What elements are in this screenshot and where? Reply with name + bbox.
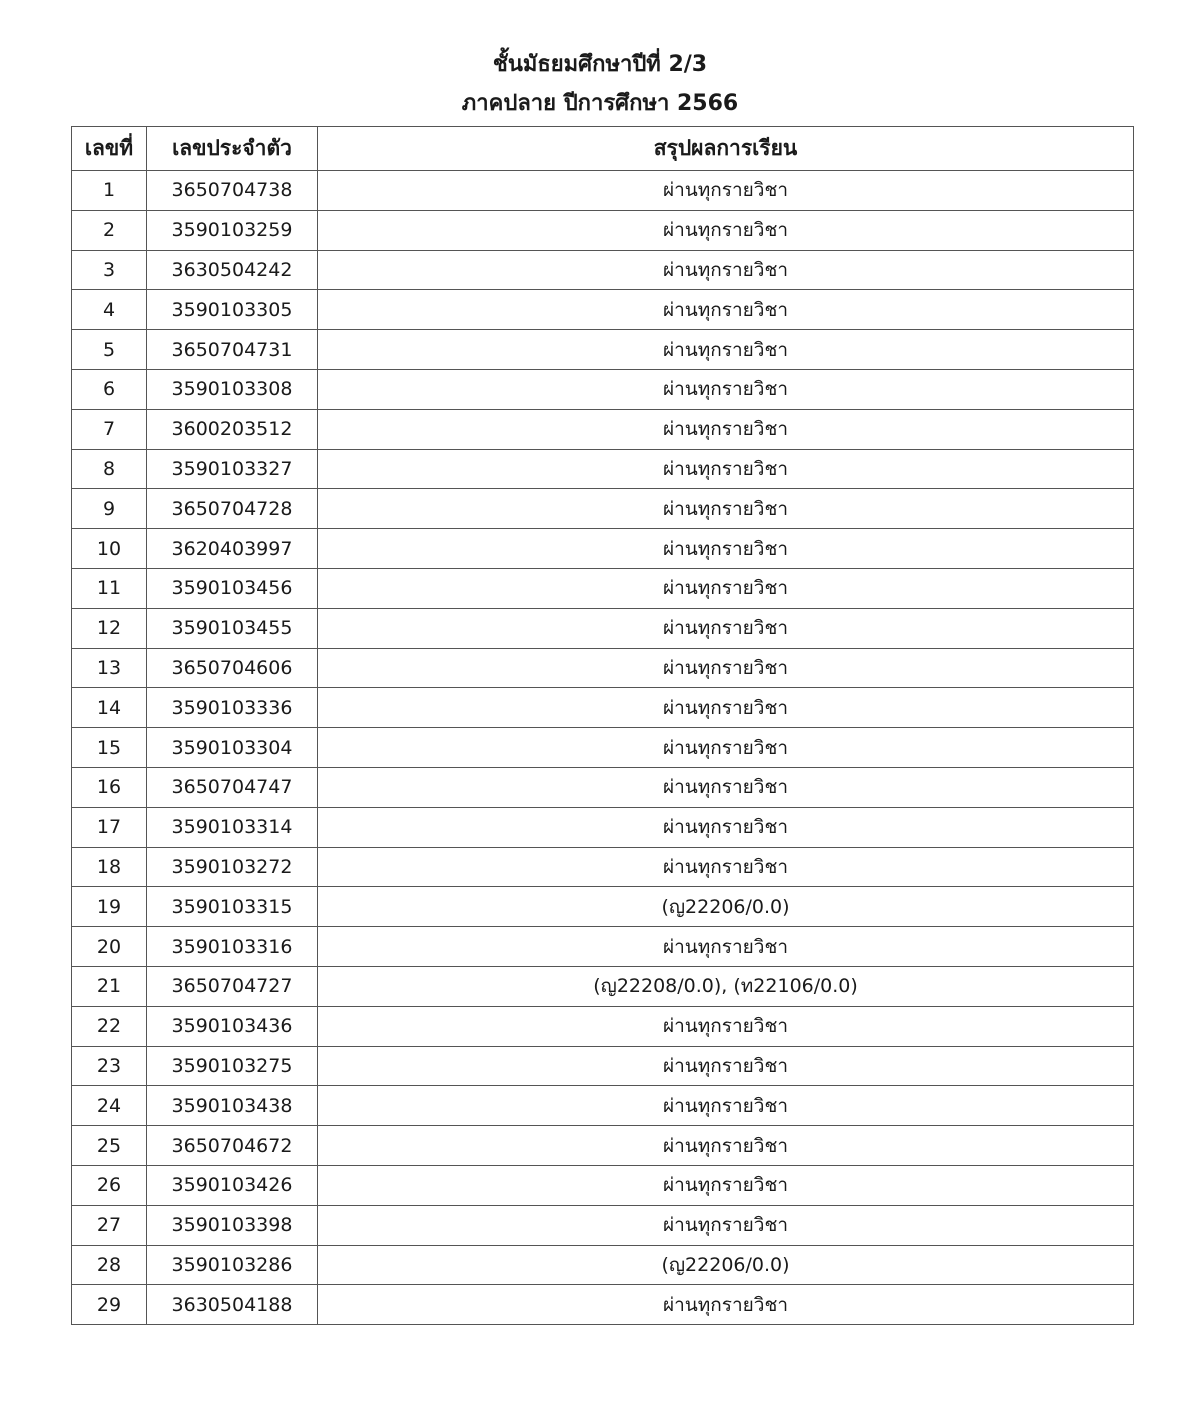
student-id: 3590103438: [147, 1086, 318, 1126]
result-summary: ผ่านทุกรายวิชา: [318, 807, 1134, 847]
table-row: 83590103327ผ่านทุกรายวิชา: [72, 449, 1134, 489]
result-summary: ผ่านทุกรายวิชา: [318, 1205, 1134, 1245]
row-number: 21: [72, 966, 147, 1006]
student-id: 3650704747: [147, 767, 318, 807]
table-row: 243590103438ผ่านทุกรายวิชา: [72, 1086, 1134, 1126]
table-row: 273590103398ผ่านทุกรายวิชา: [72, 1205, 1134, 1245]
row-number: 26: [72, 1165, 147, 1205]
result-summary: ผ่านทุกรายวิชา: [318, 568, 1134, 608]
student-id: 3590103304: [147, 728, 318, 768]
row-number: 3: [72, 250, 147, 290]
result-summary: ผ่านทุกรายวิชา: [318, 171, 1134, 211]
table-row: 103620403997ผ่านทุกรายวิชา: [72, 529, 1134, 569]
row-number: 17: [72, 807, 147, 847]
result-summary: ผ่านทุกรายวิชา: [318, 767, 1134, 807]
result-summary: (ญ22208/0.0), (ท22106/0.0): [318, 966, 1134, 1006]
table-row: 143590103336ผ่านทุกรายวิชา: [72, 688, 1134, 728]
row-number: 5: [72, 330, 147, 370]
result-summary: ผ่านทุกรายวิชา: [318, 409, 1134, 449]
student-id: 3590103286: [147, 1245, 318, 1285]
student-id: 3590103314: [147, 807, 318, 847]
student-id: 3650704672: [147, 1126, 318, 1166]
row-number: 22: [72, 1006, 147, 1046]
row-number: 4: [72, 290, 147, 330]
student-id: 3590103336: [147, 688, 318, 728]
result-summary: ผ่านทุกรายวิชา: [318, 1126, 1134, 1166]
student-id: 3590103305: [147, 290, 318, 330]
student-id: 3650704731: [147, 330, 318, 370]
document-subtitle: ภาคปลาย ปีการศึกษา 2566: [0, 89, 1200, 119]
student-id: 3590103308: [147, 369, 318, 409]
row-number: 23: [72, 1046, 147, 1086]
student-id: 3650704727: [147, 966, 318, 1006]
table-row: 133650704606ผ่านทุกรายวิชา: [72, 648, 1134, 688]
table-row: 203590103316ผ่านทุกรายวิชา: [72, 927, 1134, 967]
table-row: 23590103259ผ่านทุกรายวิชา: [72, 210, 1134, 250]
header-number: เลขที่: [72, 127, 147, 171]
result-summary: ผ่านทุกรายวิชา: [318, 688, 1134, 728]
result-summary: ผ่านทุกรายวิชา: [318, 847, 1134, 887]
result-summary: ผ่านทุกรายวิชา: [318, 1285, 1134, 1325]
student-id: 3590103456: [147, 568, 318, 608]
row-number: 10: [72, 529, 147, 569]
student-id: 3600203512: [147, 409, 318, 449]
row-number: 2: [72, 210, 147, 250]
result-summary: ผ่านทุกรายวิชา: [318, 728, 1134, 768]
table-row: 263590103426ผ่านทุกรายวิชา: [72, 1165, 1134, 1205]
row-number: 8: [72, 449, 147, 489]
row-number: 9: [72, 489, 147, 529]
row-number: 7: [72, 409, 147, 449]
table-row: 173590103314ผ่านทุกรายวิชา: [72, 807, 1134, 847]
table-row: 73600203512ผ่านทุกรายวิชา: [72, 409, 1134, 449]
result-summary: ผ่านทุกรายวิชา: [318, 369, 1134, 409]
result-summary: ผ่านทุกรายวิชา: [318, 1165, 1134, 1205]
result-summary: ผ่านทุกรายวิชา: [318, 290, 1134, 330]
result-summary: ผ่านทุกรายวิชา: [318, 250, 1134, 290]
row-number: 11: [72, 568, 147, 608]
row-number: 28: [72, 1245, 147, 1285]
row-number: 16: [72, 767, 147, 807]
student-id: 3590103398: [147, 1205, 318, 1245]
table-row: 193590103315(ญ22206/0.0): [72, 887, 1134, 927]
table-row: 283590103286(ญ22206/0.0): [72, 1245, 1134, 1285]
row-number: 25: [72, 1126, 147, 1166]
table-row: 253650704672ผ่านทุกรายวิชา: [72, 1126, 1134, 1166]
row-number: 27: [72, 1205, 147, 1245]
table-row: 93650704728ผ่านทุกรายวิชา: [72, 489, 1134, 529]
result-summary: (ญ22206/0.0): [318, 1245, 1134, 1285]
result-summary: ผ่านทุกรายวิชา: [318, 608, 1134, 648]
header-student-id: เลขประจำตัว: [147, 127, 318, 171]
row-number: 6: [72, 369, 147, 409]
row-number: 19: [72, 887, 147, 927]
result-summary: ผ่านทุกรายวิชา: [318, 1006, 1134, 1046]
student-id: 3590103316: [147, 927, 318, 967]
student-id: 3620403997: [147, 529, 318, 569]
row-number: 15: [72, 728, 147, 768]
row-number: 13: [72, 648, 147, 688]
table-row: 213650704727(ญ22208/0.0), (ท22106/0.0): [72, 966, 1134, 1006]
result-summary: ผ่านทุกรายวิชา: [318, 927, 1134, 967]
row-number: 12: [72, 608, 147, 648]
row-number: 1: [72, 171, 147, 211]
student-id: 3590103436: [147, 1006, 318, 1046]
table-row: 223590103436ผ่านทุกรายวิชา: [72, 1006, 1134, 1046]
table-row: 33630504242ผ่านทุกรายวิชา: [72, 250, 1134, 290]
table-row: 153590103304ผ่านทุกรายวิชา: [72, 728, 1134, 768]
result-summary: ผ่านทุกรายวิชา: [318, 330, 1134, 370]
student-id: 3650704728: [147, 489, 318, 529]
table-body: 13650704738ผ่านทุกรายวิชา23590103259ผ่าน…: [72, 171, 1134, 1325]
table-row: 293630504188ผ่านทุกรายวิชา: [72, 1285, 1134, 1325]
student-id: 3590103426: [147, 1165, 318, 1205]
table-row: 123590103455ผ่านทุกรายวิชา: [72, 608, 1134, 648]
student-id: 3590103259: [147, 210, 318, 250]
table-row: 183590103272ผ่านทุกรายวิชา: [72, 847, 1134, 887]
table-row: 113590103456ผ่านทุกรายวิชา: [72, 568, 1134, 608]
row-number: 29: [72, 1285, 147, 1325]
result-summary: ผ่านทุกรายวิชา: [318, 529, 1134, 569]
table-row: 53650704731ผ่านทุกรายวิชา: [72, 330, 1134, 370]
table-row: 13650704738ผ่านทุกรายวิชา: [72, 171, 1134, 211]
results-table: เลขที่ เลขประจำตัว สรุปผลการเรียน 136507…: [71, 126, 1134, 1325]
table-row: 63590103308ผ่านทุกรายวิชา: [72, 369, 1134, 409]
student-id: 3590103272: [147, 847, 318, 887]
student-id: 3630504242: [147, 250, 318, 290]
student-id: 3630504188: [147, 1285, 318, 1325]
row-number: 14: [72, 688, 147, 728]
row-number: 24: [72, 1086, 147, 1126]
document-title: ชั้นมัธยมศึกษาปีที่ 2/3: [0, 50, 1200, 80]
student-id: 3650704606: [147, 648, 318, 688]
result-summary: ผ่านทุกรายวิชา: [318, 1046, 1134, 1086]
result-summary: ผ่านทุกรายวิชา: [318, 449, 1134, 489]
result-summary: ผ่านทุกรายวิชา: [318, 648, 1134, 688]
table-row: 43590103305ผ่านทุกรายวิชา: [72, 290, 1134, 330]
student-id: 3590103455: [147, 608, 318, 648]
header-result-summary: สรุปผลการเรียน: [318, 127, 1134, 171]
student-id: 3650704738: [147, 171, 318, 211]
table-row: 233590103275ผ่านทุกรายวิชา: [72, 1046, 1134, 1086]
result-summary: ผ่านทุกรายวิชา: [318, 489, 1134, 529]
student-id: 3590103315: [147, 887, 318, 927]
student-id: 3590103275: [147, 1046, 318, 1086]
row-number: 18: [72, 847, 147, 887]
result-summary: ผ่านทุกรายวิชา: [318, 1086, 1134, 1126]
row-number: 20: [72, 927, 147, 967]
student-id: 3590103327: [147, 449, 318, 489]
table-header-row: เลขที่ เลขประจำตัว สรุปผลการเรียน: [72, 127, 1134, 171]
table-row: 163650704747ผ่านทุกรายวิชา: [72, 767, 1134, 807]
result-summary: (ญ22206/0.0): [318, 887, 1134, 927]
result-summary: ผ่านทุกรายวิชา: [318, 210, 1134, 250]
